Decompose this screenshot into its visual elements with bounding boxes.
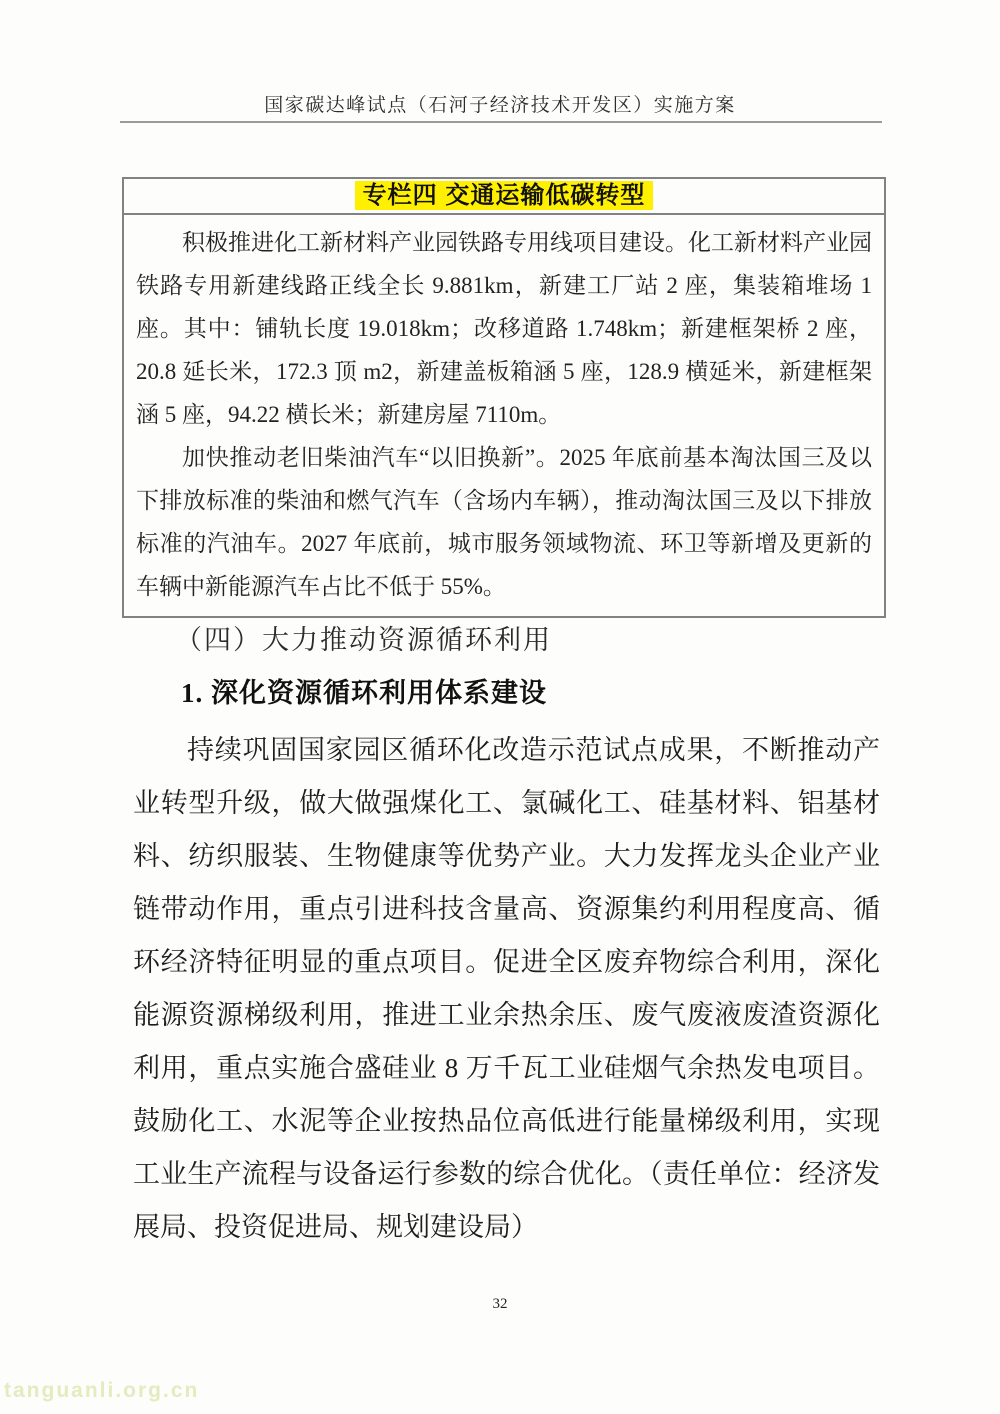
callout-box-title-highlighted: 专栏四 交通运输低碳转型 xyxy=(355,181,654,210)
section-body-paragraph: 持续巩固国家园区循环化改造示范试点成果，不断推动产业转型升级，做大做强煤化工、氯… xyxy=(133,724,880,1254)
header-divider-line xyxy=(120,121,882,123)
page-number: 32 xyxy=(0,1296,1000,1313)
callout-box-paragraph-rail-project: 积极推进化工新材料产业园铁路专用线项目建设。化工新材料产业园铁路专用新建线路正线… xyxy=(136,221,872,436)
watermark-site-url: tanguanli.org.cn xyxy=(4,1379,199,1403)
document-header-title: 国家碳达峰试点（石河子经济技术开发区）实施方案 xyxy=(0,90,1000,117)
callout-box-body: 积极推进化工新材料产业园铁路专用线项目建设。化工新材料产业园铁路专用新建线路正线… xyxy=(124,215,884,616)
section-heading-four: （四）大力推动资源循环利用 xyxy=(133,618,880,657)
document-page: 国家碳达峰试点（石河子经济技术开发区）实施方案 专栏四 交通运输低碳转型 积极推… xyxy=(0,0,1000,1414)
callout-box-paragraph-vehicle-renewal: 加快推动老旧柴油汽车“以旧换新”。2025 年底前基本淘汰国三及以下排放标准的柴… xyxy=(136,436,872,608)
callout-box-title-row: 专栏四 交通运输低碳转型 xyxy=(124,179,884,215)
main-content-column: （四）大力推动资源循环利用 1. 深化资源循环利用体系建设 持续巩固国家园区循环… xyxy=(133,608,880,1254)
subsection-heading-one: 1. 深化资源循环利用体系建设 xyxy=(133,671,880,710)
callout-box-column-four: 专栏四 交通运输低碳转型 积极推进化工新材料产业园铁路专用线项目建设。化工新材料… xyxy=(122,177,886,618)
